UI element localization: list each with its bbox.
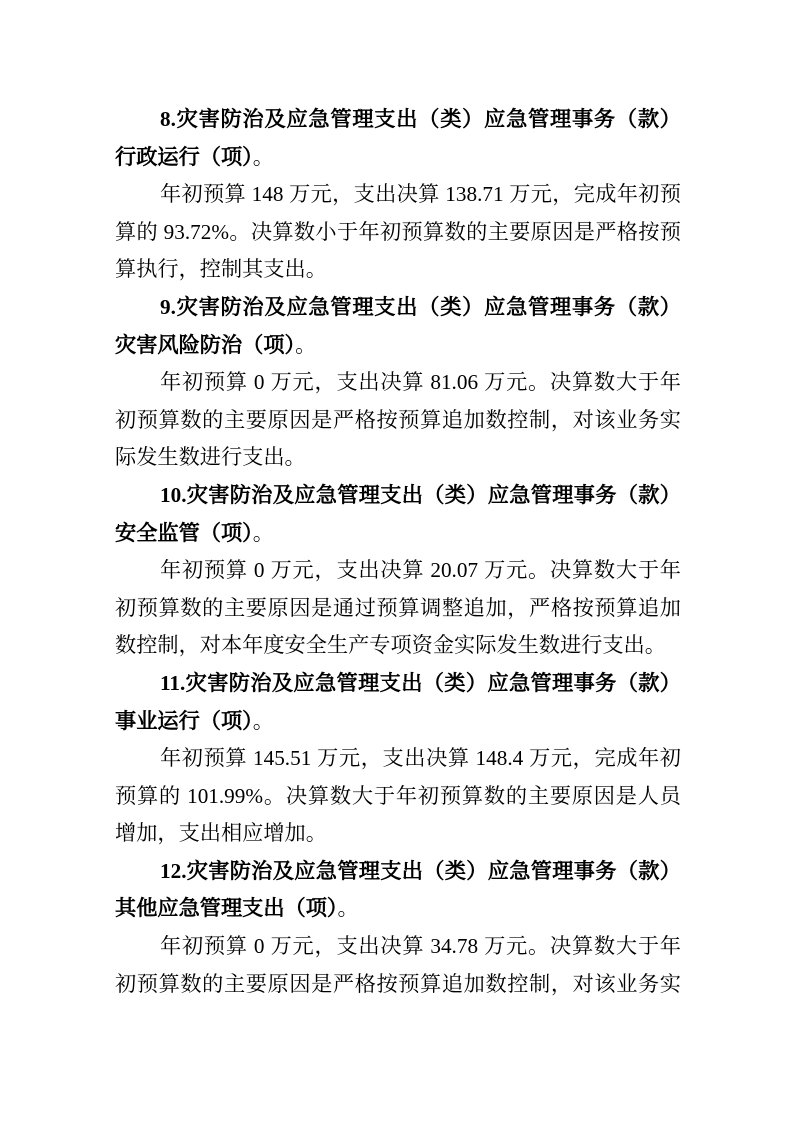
section-heading-period: 。 <box>253 709 274 733</box>
section-8: 8.灾害防治及应急管理支出（类）应急管理事务（款）行政运行（项）。 年初预算 1… <box>115 101 681 289</box>
section-body: 年初预算 0 万元，支出决算 20.07 万元。决算数大于年初预算数的主要原因是… <box>115 552 681 665</box>
section-heading: 8.灾害防治及应急管理支出（类）应急管理事务（款）行政运行（项）。 <box>115 101 681 176</box>
page-content: 8.灾害防治及应急管理支出（类）应急管理事务（款）行政运行（项）。 年初预算 1… <box>115 101 681 1003</box>
section-body: 年初预算 0 万元，支出决算 81.06 万元。决算数大于年初预算数的主要原因是… <box>115 364 681 477</box>
section-body: 年初预算 145.51 万元，支出决算 148.4 万元，完成年初预算的 101… <box>115 740 681 853</box>
section-heading-period: 。 <box>253 145 274 169</box>
section-11: 11.灾害防治及应急管理支出（类）应急管理事务（款）事业运行（项）。 年初预算 … <box>115 665 681 853</box>
section-heading-text: 8.灾害防治及应急管理支出（类）应急管理事务（款）行政运行（项） <box>115 107 681 169</box>
section-heading-period: 。 <box>253 521 274 545</box>
section-heading-text: 9.灾害防治及应急管理支出（类）应急管理事务（款）灾害风险防治（项） <box>115 295 681 357</box>
section-heading-text: 10.灾害防治及应急管理支出（类）应急管理事务（款）安全监管（项） <box>115 483 681 545</box>
section-heading: 12.灾害防治及应急管理支出（类）应急管理事务（款）其他应急管理支出（项）。 <box>115 853 681 928</box>
section-heading-text: 12.灾害防治及应急管理支出（类）应急管理事务（款）其他应急管理支出（项） <box>115 859 681 921</box>
section-heading: 10.灾害防治及应急管理支出（类）应急管理事务（款）安全监管（项）。 <box>115 477 681 552</box>
section-10: 10.灾害防治及应急管理支出（类）应急管理事务（款）安全监管（项）。 年初预算 … <box>115 477 681 665</box>
section-12: 12.灾害防治及应急管理支出（类）应急管理事务（款）其他应急管理支出（项）。 年… <box>115 853 681 1003</box>
section-heading: 9.灾害防治及应急管理支出（类）应急管理事务（款）灾害风险防治（项）。 <box>115 289 681 364</box>
section-body: 年初预算 148 万元，支出决算 138.71 万元，完成年初预算的 93.72… <box>115 176 681 289</box>
section-heading: 11.灾害防治及应急管理支出（类）应急管理事务（款）事业运行（项）。 <box>115 665 681 740</box>
document-page: 8.灾害防治及应急管理支出（类）应急管理事务（款）行政运行（项）。 年初预算 1… <box>0 0 793 1122</box>
section-heading-period: 。 <box>295 333 316 357</box>
section-heading-text: 11.灾害防治及应急管理支出（类）应急管理事务（款）事业运行（项） <box>115 671 681 733</box>
section-body: 年初预算 0 万元，支出决算 34.78 万元。决算数大于年初预算数的主要原因是… <box>115 928 681 1003</box>
section-9: 9.灾害防治及应急管理支出（类）应急管理事务（款）灾害风险防治（项）。 年初预算… <box>115 289 681 477</box>
section-heading-period: 。 <box>337 896 358 920</box>
